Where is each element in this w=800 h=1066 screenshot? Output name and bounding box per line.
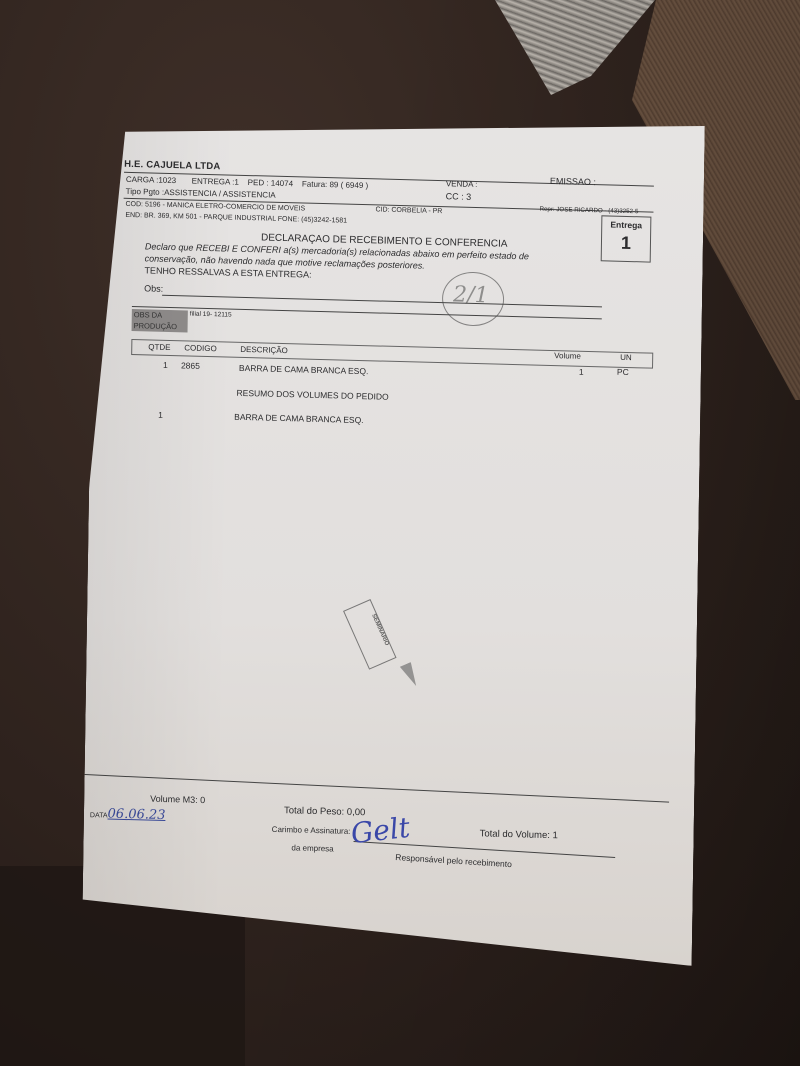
row-volume: 1	[579, 367, 584, 377]
carga: CARGA :1023	[126, 175, 176, 185]
summary-qtde: 1	[158, 410, 163, 420]
fatura: Fatura: 89 ( 6949 )	[302, 179, 368, 190]
stamp-smudge	[400, 662, 421, 689]
col-un: UN	[620, 353, 632, 362]
handwritten-circle-mark: 2/1	[442, 271, 505, 327]
col-descricao: DESCRIÇÃO	[240, 345, 288, 355]
date-label: DATA	[90, 812, 108, 819]
row-un: PC	[617, 367, 629, 377]
row-qtde: 1	[163, 360, 168, 370]
date-field: DATA06.06.23	[90, 806, 166, 823]
declaration-ressalvas: TENHO RESSALVAS A ESTA ENTREGA:	[144, 265, 311, 279]
obs-producao-line-2: PRODUÇÃO	[134, 320, 188, 332]
col-qtde: QTDE	[148, 342, 170, 352]
obs-producao-value: filial 19- 12115	[190, 311, 232, 319]
total-volume: Total do Volume: 1	[480, 828, 558, 841]
company-name: H.E. CAJUELA LTDA	[124, 159, 220, 173]
row-descricao: BARRA DE CAMA BRANCA ESQ.	[239, 363, 369, 376]
entrega-box: Entrega 1	[601, 215, 652, 262]
client-city: CID: CORBELIA - PR	[375, 206, 442, 215]
col-codigo: CODIGO	[184, 343, 217, 353]
handwritten-mark-text: 2/1	[453, 282, 489, 308]
emissao: EMISSAO :	[550, 176, 596, 187]
obs-label: Obs:	[144, 283, 163, 293]
pedido: PED : 14074	[248, 178, 294, 188]
summary-descricao: BARRA DE CAMA BRANCA ESQ.	[234, 412, 364, 425]
entrega-box-number: 1	[602, 232, 650, 254]
delivery-receipt-paper: H.E. CAJUELA LTDA CARGA :1023 ENTREGA :1…	[82, 110, 705, 966]
cost-center: CC : 3	[446, 191, 472, 202]
carimbo-label-2: da empresa	[291, 843, 333, 853]
row-codigo: 2865	[181, 360, 200, 370]
items-table-header: QTDE CODIGO DESCRIÇÃO Volume UN	[131, 339, 653, 369]
representative: Repr: JOSE RICARDO - (43)3252-5	[539, 206, 638, 216]
obs-producao-label: OBS DA PRODUÇÃO	[132, 309, 188, 332]
faint-stamp: SEMINARIO	[343, 599, 397, 670]
date-handwritten: 06.06.23	[107, 807, 165, 824]
obs-line	[162, 295, 602, 308]
entrega: ENTREGA :1	[192, 177, 239, 187]
carimbo-label: Carimbo e Assinatura:	[272, 825, 351, 836]
col-volume: Volume	[554, 351, 581, 361]
entrega-box-label: Entrega	[602, 219, 650, 230]
volume-m3: Volume M3: 0	[150, 794, 205, 805]
client-address: END: BR. 369, KM 501 - PARQUE INDUSTRIAL…	[125, 212, 347, 225]
venda: VENDA :	[446, 179, 478, 189]
summary-title: RESUMO DOS VOLUMES DO PEDIDO	[236, 388, 388, 402]
